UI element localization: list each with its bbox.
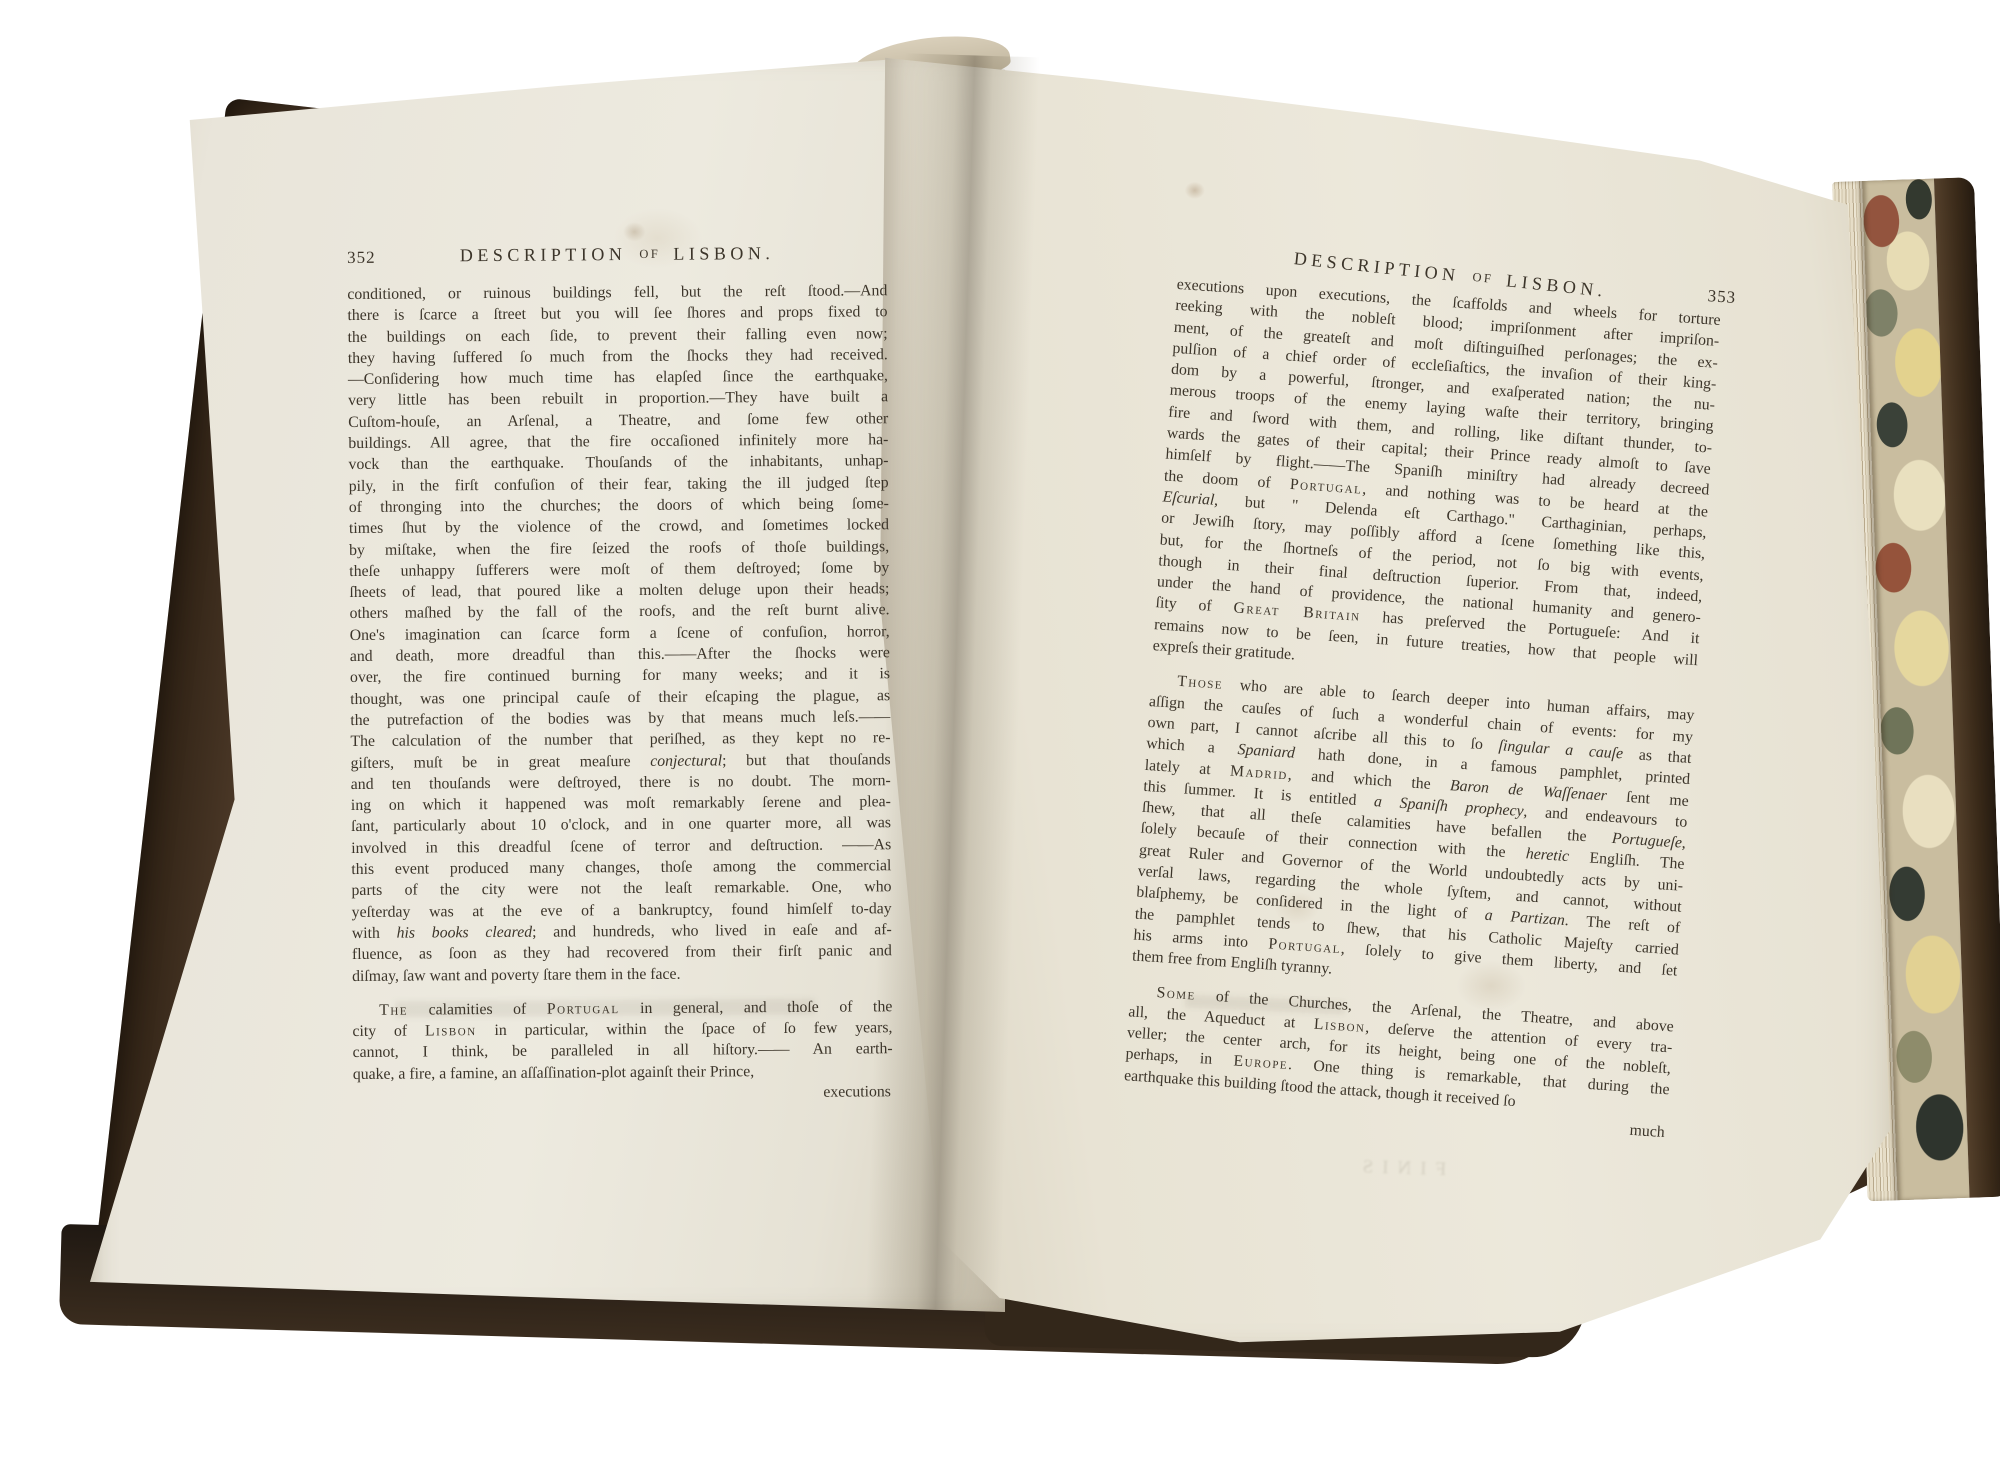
paragraph: Those who are able to ſearch deeper into… [1131, 669, 1695, 1003]
catchword: executions [353, 1081, 893, 1106]
paragraph: The calamities of Portugal in general, a… [352, 996, 893, 1085]
running-header: 352 DESCRIPTIONOFLISBON. [347, 242, 887, 274]
text-line: fluence, as ſoon as they had recovered f… [352, 940, 892, 965]
book-photo: 352 DESCRIPTIONOFLISBON. conditioned, or… [0, 0, 2000, 1470]
running-title-word: DESCRIPTION [1293, 248, 1461, 285]
page-paragraphs: conditioned, or ruinous buildings fell, … [347, 280, 893, 1085]
right-page-text: DESCRIPTIONOFLISBON. 353 executions upon… [1122, 236, 1724, 1143]
text-line: The calculation of the number that periſ… [350, 727, 890, 752]
page-number: 353 [1707, 285, 1737, 308]
running-title-word: LISBON. [673, 243, 774, 264]
running-title: DESCRIPTIONOFLISBON. [347, 242, 887, 267]
paragraph: executions upon executions, the ſcaffold… [1152, 274, 1721, 693]
page-paragraphs: executions upon executions, the ſcaffold… [1124, 274, 1722, 1122]
running-title-of: OF [1472, 270, 1494, 286]
left-page-text: 352 DESCRIPTIONOFLISBON. conditioned, or… [347, 242, 893, 1106]
paragraph: conditioned, or ruinous buildings fell, … [347, 280, 892, 987]
page-number: 352 [347, 247, 376, 268]
show-through-text: FINIS [1353, 1156, 1446, 1180]
running-title-word: DESCRIPTION [460, 244, 627, 265]
running-title-of: OF [639, 247, 660, 261]
text-line: cannot, I think, be paralleled in all hi… [353, 1039, 893, 1064]
text-line: diſmay, ſaw want and poverty ſtare them … [352, 962, 892, 987]
